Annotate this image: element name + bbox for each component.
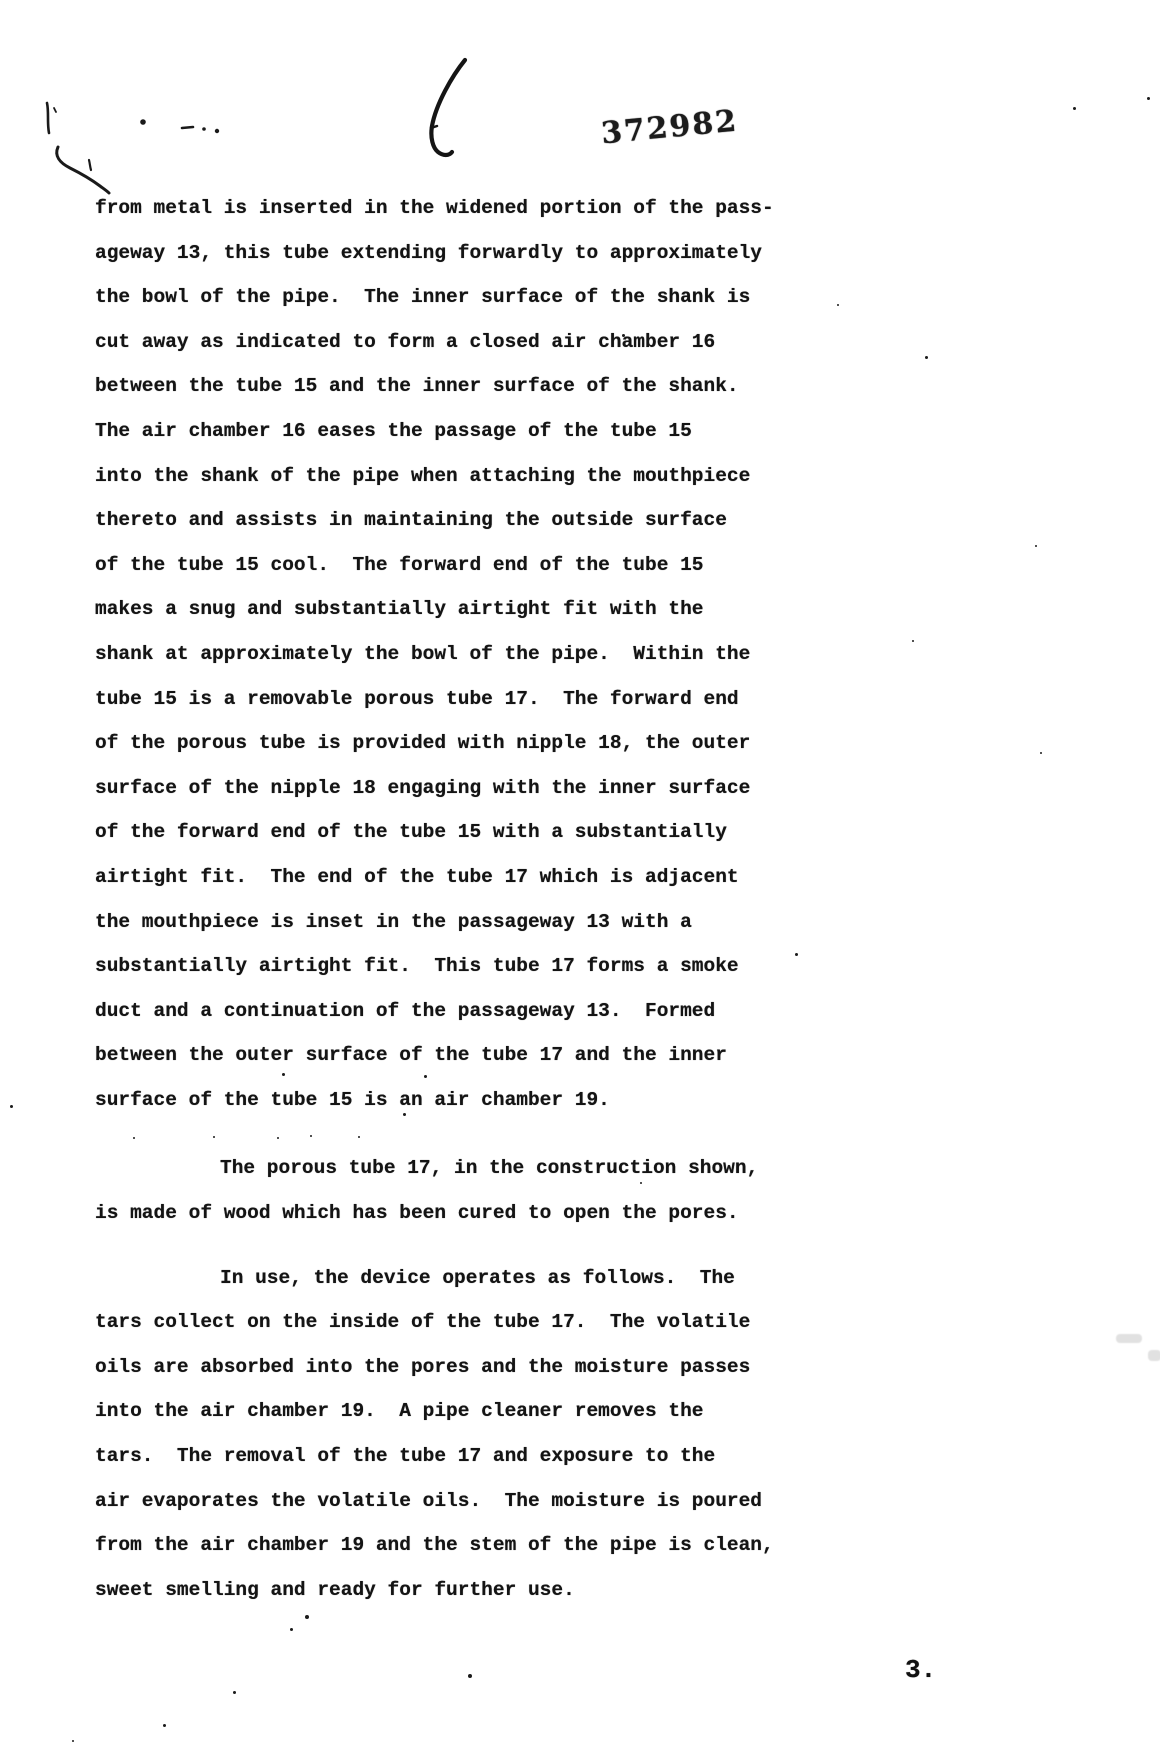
ink-speck [72, 1740, 74, 1742]
ink-speck [213, 1136, 215, 1138]
page-number: 3. [905, 1655, 936, 1685]
text-line: of the forward end of the tube 15 with a… [95, 810, 855, 855]
ink-speck [277, 1137, 279, 1139]
text-line: surface of the tube 15 is an air chamber… [95, 1078, 855, 1123]
ink-speck [1073, 107, 1076, 110]
margin-scribble-icon [30, 90, 240, 200]
text-line: airtight fit. The end of the tube 17 whi… [95, 855, 855, 900]
text-line: into the air chamber 19. A pipe cleaner … [95, 1389, 855, 1434]
text-line: makes a snug and substantially airtight … [95, 587, 855, 632]
ink-speck [290, 1628, 293, 1631]
text-line: of the tube 15 cool. The forward end of … [95, 543, 855, 588]
ink-speck [468, 1674, 472, 1678]
text-line: ageway 13, this tube extending forwardly… [95, 231, 855, 276]
text-line: In use, the device operates as follows. … [95, 1256, 855, 1301]
ink-speck [233, 1691, 236, 1694]
text-line: The porous tube 17, in the construction … [95, 1146, 855, 1191]
ink-speck [837, 304, 839, 306]
ink-speck [1035, 545, 1037, 547]
text-line: into the shank of the pipe when attachin… [95, 454, 855, 499]
ink-speck [925, 356, 928, 359]
text-line: thereto and assists in maintaining the o… [95, 498, 855, 543]
paragraph: In use, the device operates as follows. … [95, 1256, 855, 1613]
ink-speck [622, 334, 625, 337]
text-line: oils are absorbed into the pores and the… [95, 1345, 855, 1390]
handwritten-parenthesis-icon [420, 52, 476, 164]
scanned-document-page: 372982 from metal is inserted in the wid… [0, 0, 1160, 1754]
typewritten-text-body: from metal is inserted in the widened po… [95, 186, 855, 1612]
ink-speck [310, 1135, 312, 1137]
text-line: substantially airtight fit. This tube 17… [95, 944, 855, 989]
ink-speck [305, 1615, 309, 1619]
serial-number-stamp: 372982 [600, 104, 740, 152]
text-line: cut away as indicated to form a closed a… [95, 320, 855, 365]
ink-speck [912, 640, 914, 642]
text-line: air evaporates the volatile oils. The mo… [95, 1479, 855, 1524]
ink-speck [403, 1113, 406, 1116]
ink-speck [795, 953, 798, 956]
text-line: surface of the nipple 18 engaging with t… [95, 766, 855, 811]
text-line: is made of wood which has been cured to … [95, 1191, 855, 1236]
text-line: between the tube 15 and the inner surfac… [95, 364, 855, 409]
ink-speck [640, 1182, 642, 1184]
text-line: the mouthpiece is inset in the passagewa… [95, 900, 855, 945]
ink-speck [1040, 752, 1042, 754]
text-line: the bowl of the pipe. The inner surface … [95, 275, 855, 320]
paragraph: The porous tube 17, in the construction … [95, 1146, 855, 1235]
paragraph: from metal is inserted in the widened po… [95, 186, 855, 1122]
ink-speck [1147, 97, 1150, 100]
ink-speck [358, 1136, 360, 1138]
ink-speck [133, 1137, 135, 1139]
text-line: of the porous tube is provided with nipp… [95, 721, 855, 766]
ink-speck [282, 1073, 285, 1076]
text-line: tube 15 is a removable porous tube 17. T… [95, 677, 855, 722]
text-line: duct and a continuation of the passagewa… [95, 989, 855, 1034]
faint-smudge [1148, 1350, 1160, 1361]
text-line: The air chamber 16 eases the passage of … [95, 409, 855, 454]
ink-speck [163, 1724, 166, 1727]
text-line: tars. The removal of the tube 17 and exp… [95, 1434, 855, 1479]
text-line: from metal is inserted in the widened po… [95, 186, 855, 231]
ink-speck [10, 1105, 13, 1108]
text-line: tars collect on the inside of the tube 1… [95, 1300, 855, 1345]
text-line: from the air chamber 19 and the stem of … [95, 1523, 855, 1568]
text-line: between the outer surface of the tube 17… [95, 1033, 855, 1078]
faint-smudge [1116, 1334, 1142, 1343]
text-line: sweet smelling and ready for further use… [95, 1568, 855, 1613]
text-line: shank at approximately the bowl of the p… [95, 632, 855, 677]
ink-speck [424, 1075, 427, 1078]
